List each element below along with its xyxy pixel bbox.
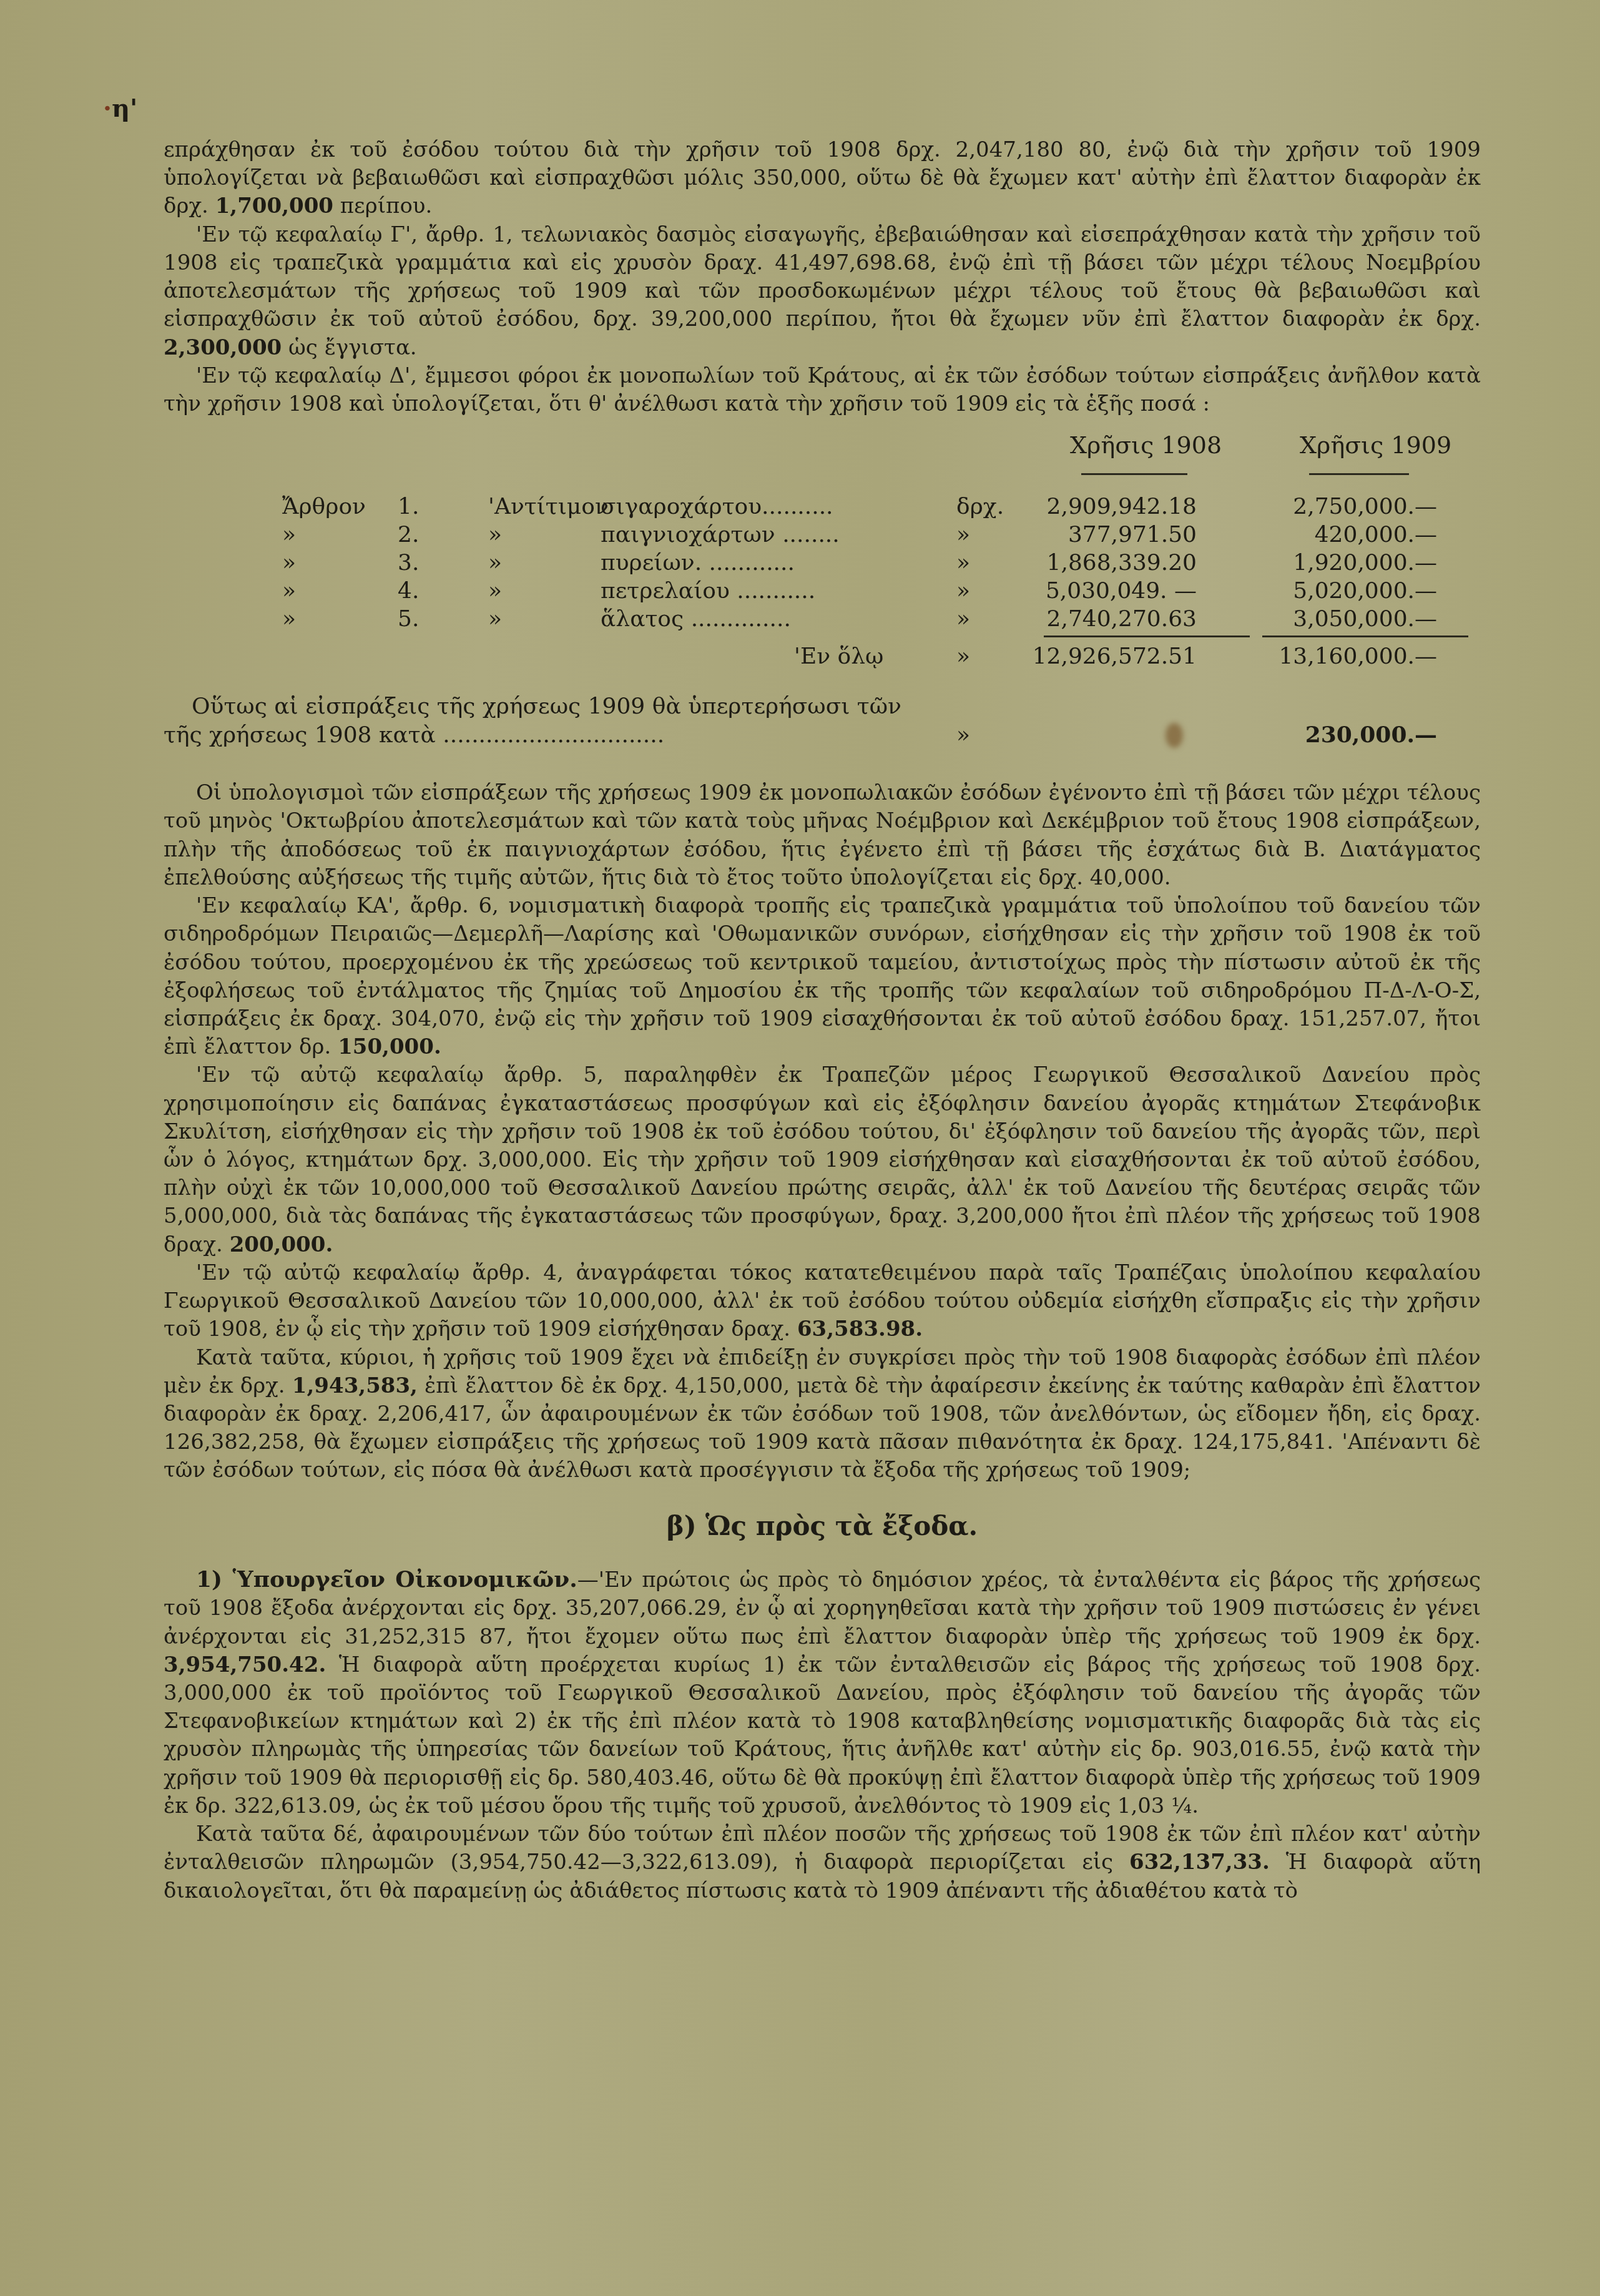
paragraph-monopoly-calc: Οἱ ὑπολογισμοὶ τῶν εἰσπράξεων τῆς χρήσεω…: [164, 779, 1481, 892]
header-rule: [1081, 473, 1187, 475]
monopoly-revenue-table: Χρῆσις 1908 Χρῆσις 1909 Ἄρθρον1.'Αντίτιμ…: [164, 429, 1481, 754]
sum-rule: [1044, 635, 1250, 637]
paragraph-article-4: 'Εν τῷ αὐτῷ κεφαλαίῳ ἄρθρ. 4, ἀναγράφετα…: [164, 1259, 1481, 1344]
table-row: »3.»πυρείων. ............»1,868,339.201,…: [164, 548, 1481, 577]
paragraph-chapter-ka: 'Εν κεφαλαίῳ ΚΑ', ἄρθρ. 6, νομισματικὴ δ…: [164, 892, 1481, 1061]
paragraph-article-5: 'Εν τῷ αὐτῷ κεφαλαίῳ ἄρθρ. 5, παραληφθὲν…: [164, 1061, 1481, 1259]
table-row: »5.»ἅλατος ..............»2,740,270.633,…: [164, 604, 1481, 633]
section-heading-expenses: β) Ὡς πρὸς τὰ ἔξοδα.: [164, 1509, 1481, 1544]
table-total-row: 'Εν ὅλῳ»12,926,572.5113,160,000.—: [164, 642, 1481, 670]
paragraph-continuation: επράχθησαν ἐκ τοῦ ἐσόδου τούτου διὰ τὴν …: [164, 136, 1481, 221]
table-row: »4.»πετρελαίου ...........»5,030,049. —5…: [164, 576, 1481, 605]
paragraph-difference: Κατὰ ταῦτα δέ, ἀφαιρουμένων τῶν δύο τούτ…: [164, 1820, 1481, 1905]
page-number-marker: ·η': [103, 94, 137, 123]
table-row: Ἄρθρον1.'Αντίτιμονσιγαροχάρτου..........…: [164, 492, 1481, 521]
table-row: »2.»παιγνιοχάρτων ........»377,971.50420…: [164, 520, 1481, 549]
paragraph-ministry-finance: 1) Ὑπουργεῖον Οἰκονομικῶν.—'Εν πρώτοις ὡ…: [164, 1565, 1481, 1821]
paragraph-chapter-delta: 'Εν τῷ κεφαλαίῳ Δ', ἔμμεσοι φόροι ἐκ μον…: [164, 362, 1481, 418]
column-header-1908: Χρῆσις 1908: [1070, 429, 1222, 461]
summary-line-2: τῆς χρήσεως 1908 κατὰ ..................…: [164, 720, 1481, 749]
sum-rule: [1262, 635, 1468, 637]
summary-line-1: Οὕτως αἱ εἰσπράξεις τῆς χρήσεως 1909 θὰ …: [164, 692, 1481, 720]
paragraph-summary-revenue: Κατὰ ταῦτα, κύριοι, ἡ χρῆσις τοῦ 1909 ἔχ…: [164, 1344, 1481, 1485]
document-body: επράχθησαν ἐκ τοῦ ἐσόδου τούτου διὰ τὴν …: [164, 136, 1481, 1905]
ink-dot: ·: [103, 94, 112, 123]
header-rule: [1309, 473, 1409, 475]
column-header-1909: Χρῆσις 1909: [1300, 429, 1451, 461]
page-number: η': [112, 94, 137, 123]
paragraph-chapter-gamma: 'Εν τῷ κεφαλαίῳ Γ', ἄρθρ. 1, τελωνιακὸς …: [164, 221, 1481, 362]
